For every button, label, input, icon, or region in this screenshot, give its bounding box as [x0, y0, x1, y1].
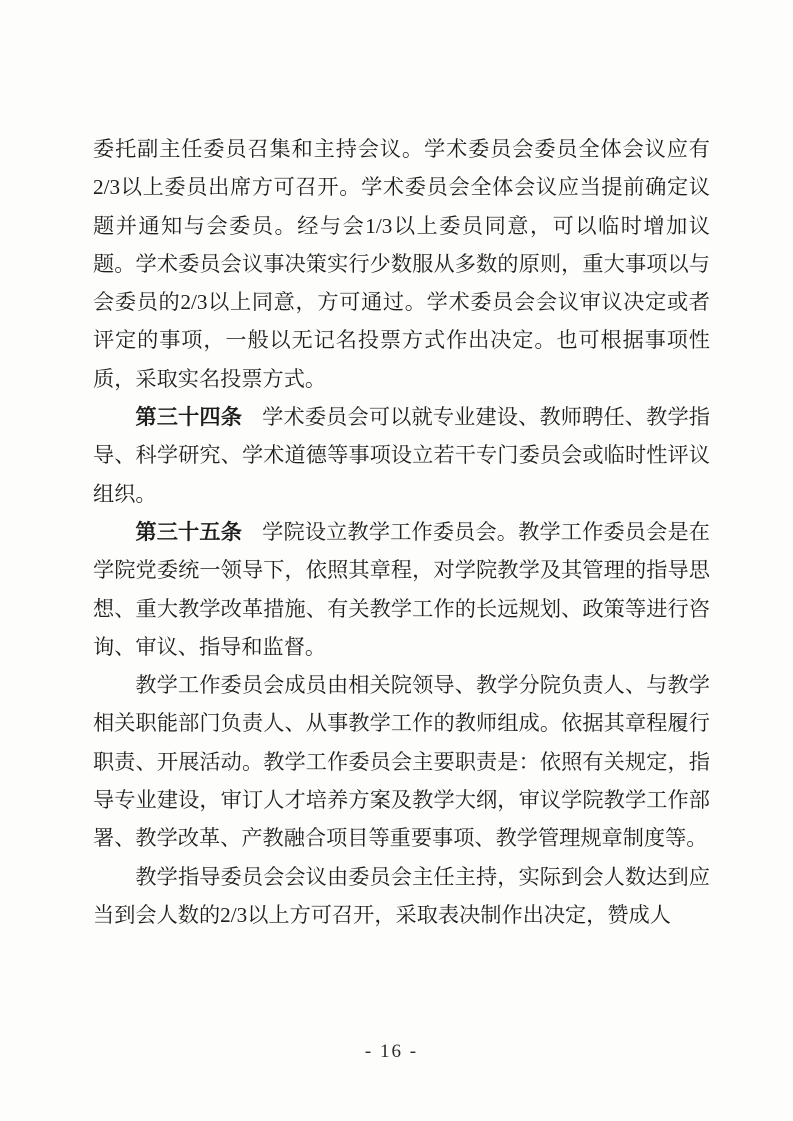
article-heading: 第三十五条 — [135, 520, 242, 544]
paragraph-continuation: 委托副主任委员召集和主持会议。学术委员会委员全体会议应有2/3以上委员出席方可召… — [93, 130, 710, 398]
paragraph-text: 教学工作委员会成员由相关院领导、教学分院负责人、与教学相关职能部门负责人、从事教… — [93, 673, 710, 850]
paragraph-article-35: 第三十五条学院设立教学工作委员会。教学工作委员会是在学院党委统一领导下，依照其章… — [93, 513, 710, 666]
paragraph-committee-members: 教学工作委员会成员由相关院领导、教学分院负责人、与教学相关职能部门负责人、从事教… — [93, 666, 710, 857]
paragraph-meeting-rules: 教学指导委员会会议由委员会主任主持，实际到会人数达到应当到会人数的2/3以上方可… — [93, 858, 710, 935]
document-text-block: 委托副主任委员召集和主持会议。学术委员会委员全体会议应有2/3以上委员出席方可召… — [93, 130, 710, 934]
paragraph-text: 委托副主任委员召集和主持会议。学术委员会委员全体会议应有2/3以上委员出席方可召… — [93, 137, 710, 391]
document-page: 委托副主任委员召集和主持会议。学术委员会委员全体会议应有2/3以上委员出席方可召… — [0, 0, 793, 1121]
paragraph-text: 教学指导委员会会议由委员会主任主持，实际到会人数达到应当到会人数的2/3以上方可… — [93, 865, 710, 927]
page-number: - 16 - — [0, 1041, 783, 1063]
article-heading: 第三十四条 — [135, 405, 242, 429]
paragraph-article-34: 第三十四条学术委员会可以就专业建设、教师聘任、教学指导、科学研究、学术道德等事项… — [93, 398, 710, 513]
